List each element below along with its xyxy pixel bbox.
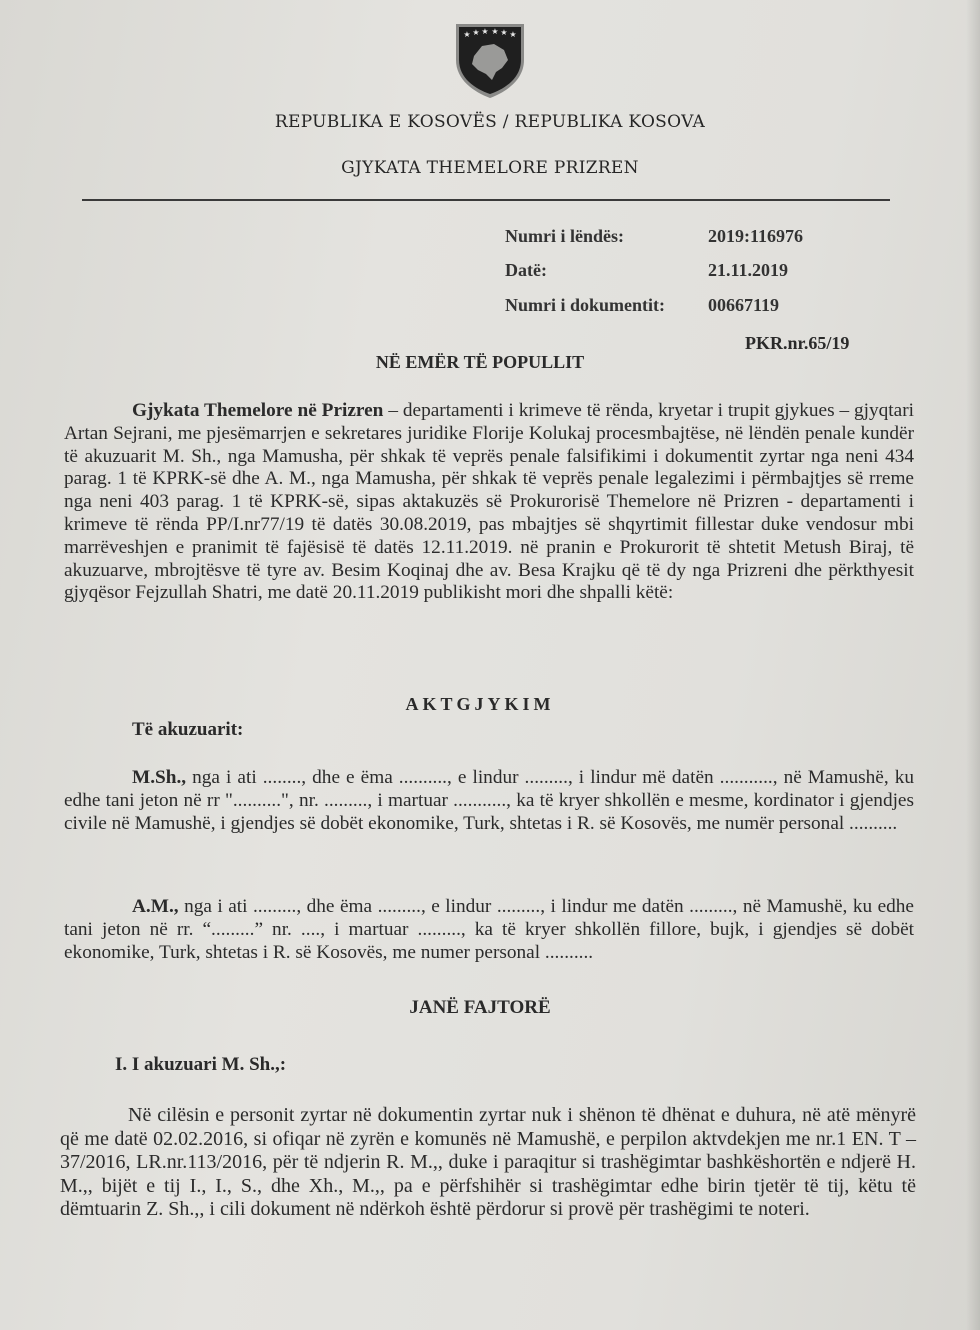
count-heading: I. I akuzuari M. Sh.,: — [115, 1054, 286, 1076]
court-judgment-page: ★★★ ★★★ REPUBLIKA E KOSOVËS / REPUBLIKA … — [0, 0, 980, 1330]
accused-name: A.M., — [132, 896, 179, 917]
accused-heading: Të akuzuarit: — [132, 719, 243, 741]
count-text: Në cilësin e personit zyrtar në dokument… — [60, 1104, 916, 1220]
intro-paragraph: Gjykata Themelore në Prizren – departame… — [64, 400, 914, 605]
svg-text:★: ★ — [463, 30, 470, 39]
document-number-row: Numri i dokumentit:00667119 — [505, 295, 779, 316]
svg-text:★: ★ — [481, 27, 488, 36]
date-row: Datë:21.11.2019 — [505, 260, 788, 281]
date-label: Datë: — [505, 260, 708, 281]
coat-of-arms-icon: ★★★ ★★★ — [452, 20, 528, 100]
svg-text:★: ★ — [472, 28, 479, 37]
paper-edge-shadow — [966, 0, 980, 1330]
document-title: NË EMËR TË POPULLIT — [0, 352, 960, 373]
accused-paragraph: A.M., nga i ati ........., dhe ëma .....… — [64, 896, 914, 964]
accused-paragraph: M.Sh., nga i ati ........, dhe e ëma ...… — [64, 767, 914, 835]
case-number-label: Numri i lëndës: — [505, 226, 708, 247]
case-number-value: 2019:116976 — [708, 226, 803, 246]
guilty-heading: JANË FAJTORË — [0, 997, 960, 1019]
svg-text:★: ★ — [500, 28, 507, 37]
case-reference: PKR.nr.65/19 — [745, 333, 849, 354]
header-divider — [82, 199, 890, 201]
republic-heading: REPUBLIKA E KOSOVËS / REPUBLIKA KOSOVA — [0, 112, 980, 132]
accused-details: nga i ati ........, dhe e ëma ..........… — [64, 767, 914, 834]
verdict-heading: AKTGJYKIM — [0, 694, 960, 715]
count-paragraph: Në cilësin e personit zyrtar në dokument… — [60, 1104, 916, 1222]
document-number-label: Numri i dokumentit: — [505, 295, 708, 316]
accused-details: nga i ati ........., dhe ëma ........., … — [64, 896, 914, 963]
accused-name: M.Sh., — [132, 767, 186, 788]
court-heading: GJYKATA THEMELORE PRIZREN — [0, 158, 980, 178]
case-number-row: Numri i lëndës:2019:116976 — [505, 226, 803, 247]
svg-text:★: ★ — [509, 30, 516, 39]
svg-text:★: ★ — [491, 27, 498, 36]
court-name: Gjykata Themelore në Prizren — [132, 400, 383, 421]
intro-text: – departamenti i krimeve të rënda, kryet… — [64, 400, 914, 603]
date-value: 21.11.2019 — [708, 260, 788, 280]
document-number-value: 00667119 — [708, 295, 779, 315]
